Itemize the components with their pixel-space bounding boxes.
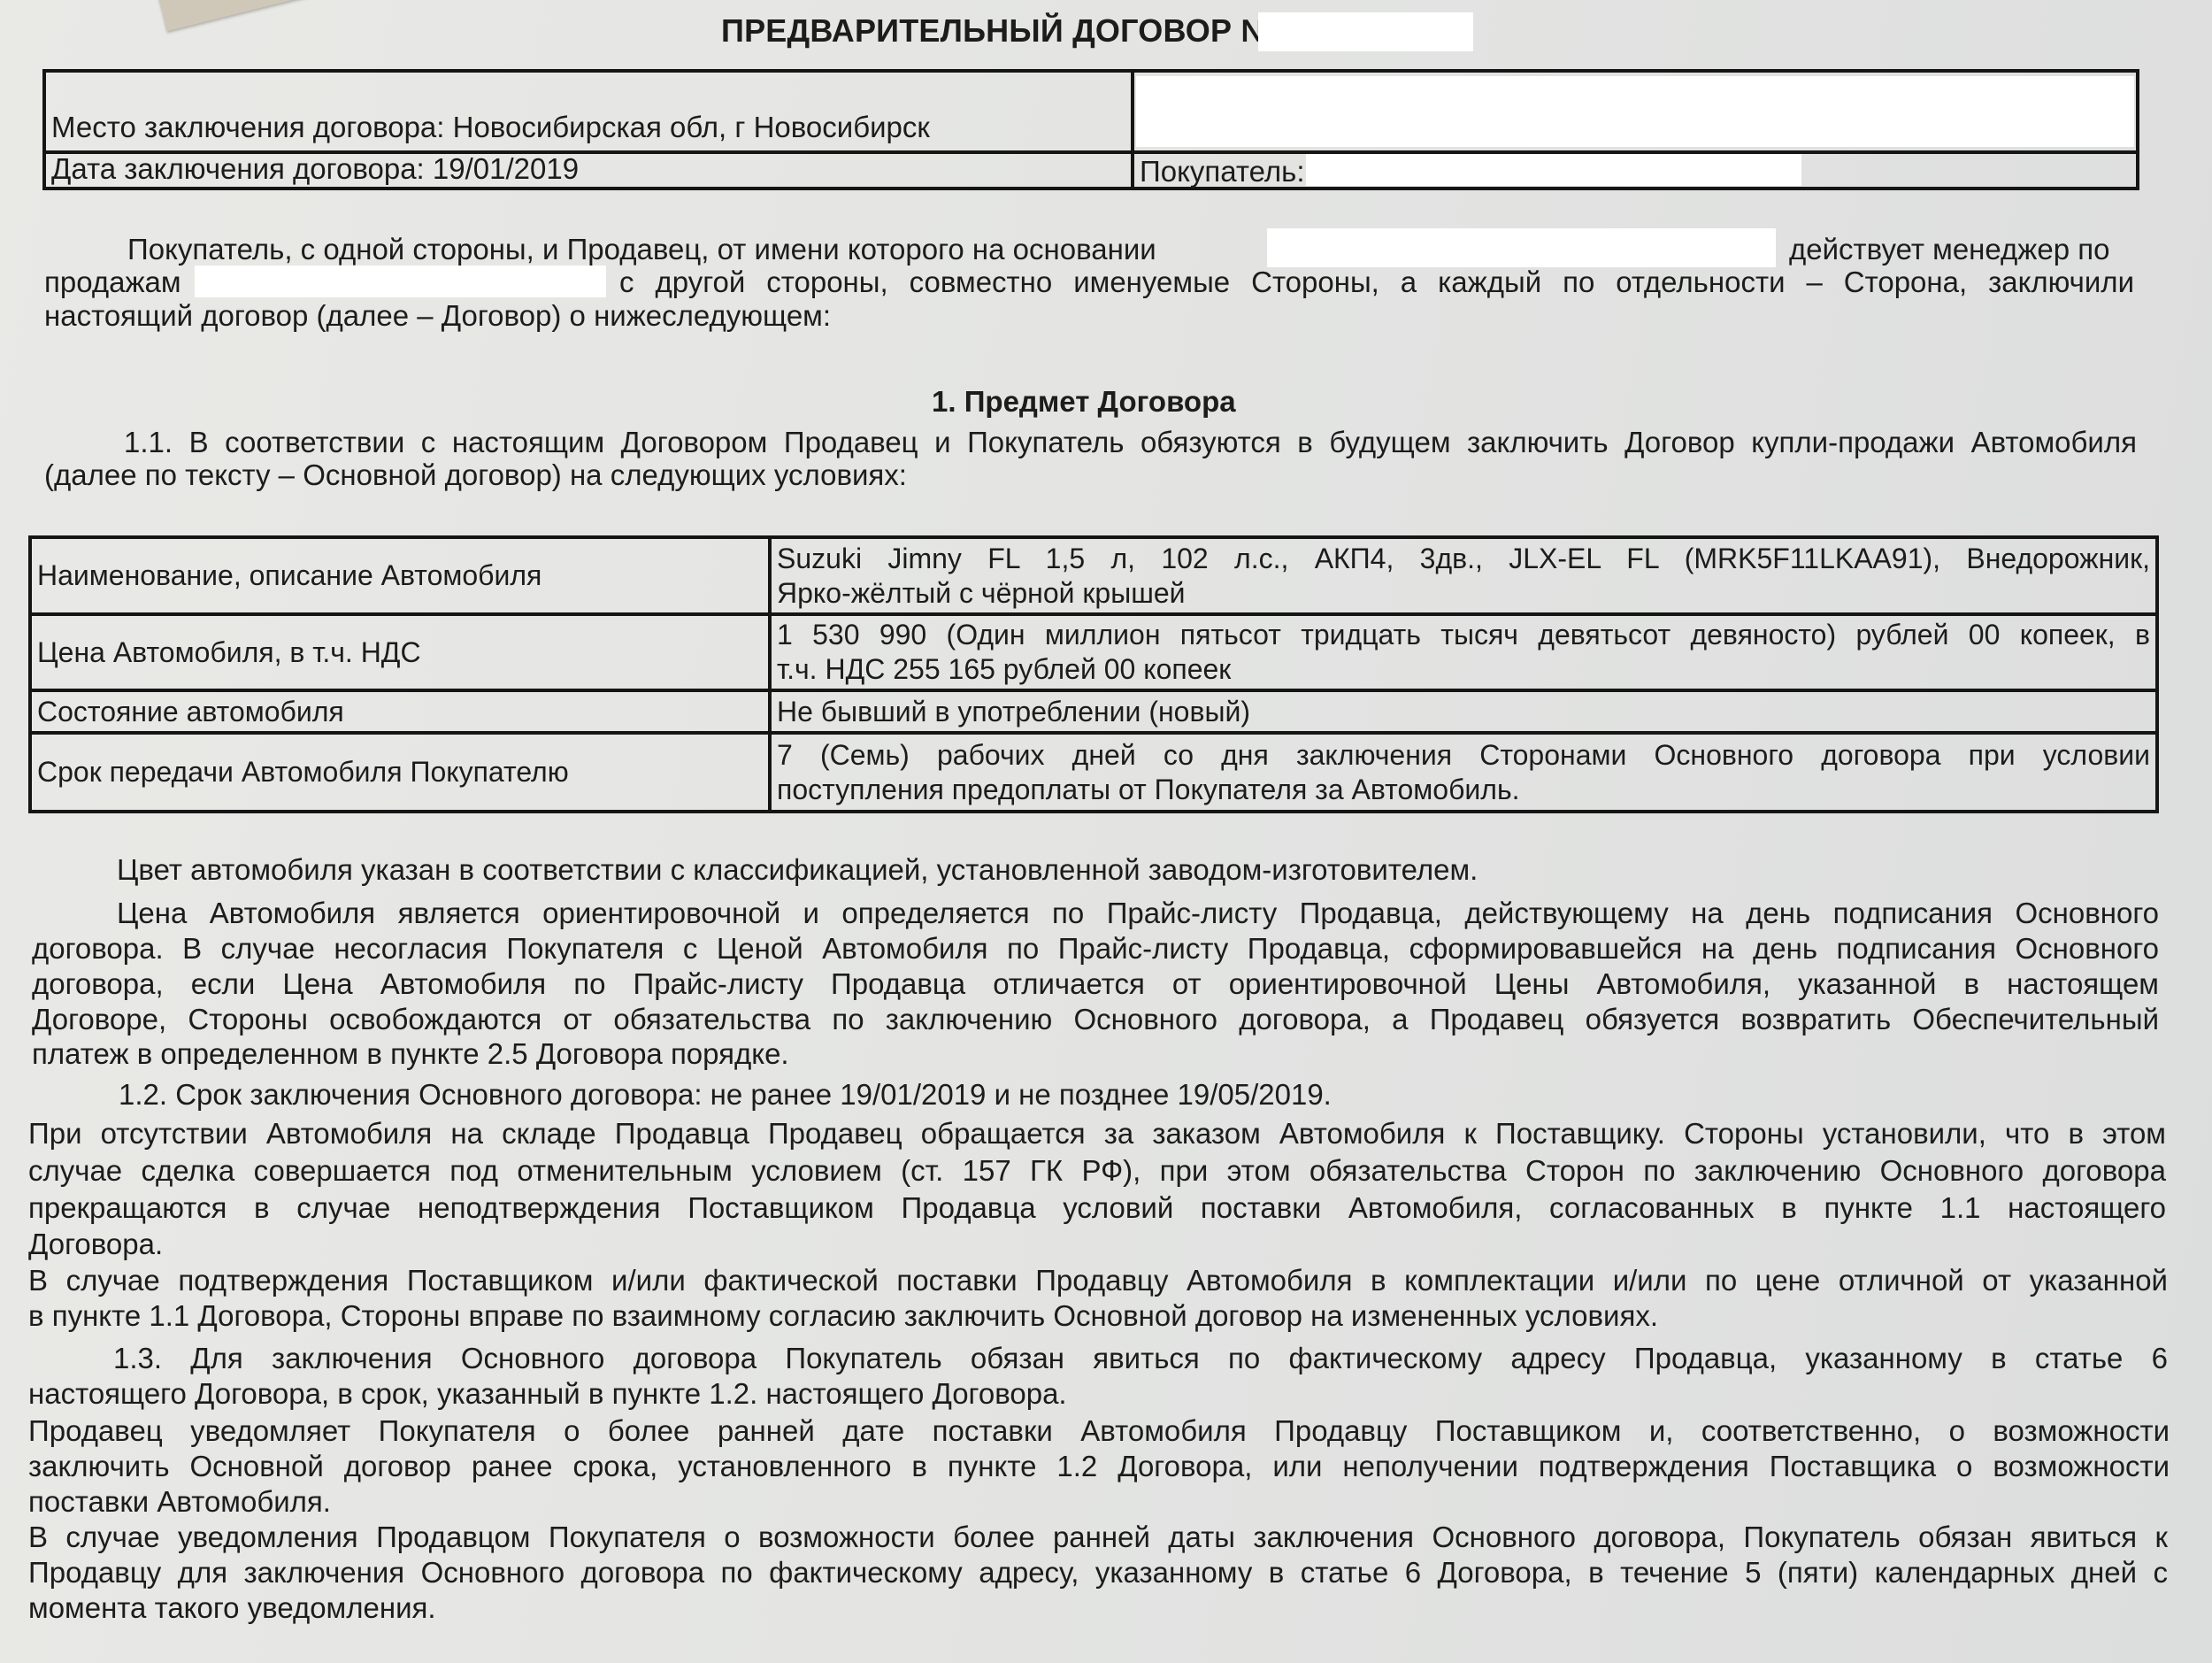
intro-line-2a: продажам bbox=[44, 265, 181, 300]
paper-corner-object bbox=[133, 0, 648, 31]
clause-1-2-absence-line-4: Договора. bbox=[28, 1227, 163, 1262]
table-row: Состояние автомобиля Не бывший в употреб… bbox=[30, 690, 2157, 733]
car-name-value-line-1: Suzuki Jimny FL 1,5 л, 102 л.с., АКП4, 3… bbox=[777, 542, 2150, 576]
clause-1-2-absence-line-3: прекращаются в случае неподтверждения По… bbox=[28, 1190, 2166, 1226]
intro-line-2b: с другой стороны, совместно именуемые Ст… bbox=[619, 265, 2134, 300]
car-name-value: Suzuki Jimny FL 1,5 л, 102 л.с., АКП4, 3… bbox=[770, 537, 2157, 614]
clause-1-3-line-1: 1.3. Для заключения Основного договора П… bbox=[113, 1341, 2168, 1376]
document-title: ПРЕДВАРИТЕЛЬНЫЙ ДОГОВОР № bbox=[721, 12, 1277, 50]
clause-1-3-notify-line-2: заключить Основной договор ранее срока, … bbox=[28, 1449, 2170, 1484]
price-note-line-2: договора. В случае несогласия Покупателя… bbox=[32, 931, 2159, 966]
car-condition-value: Не бывший в употреблении (новый) bbox=[770, 690, 2157, 733]
buyer-label: Покупатель: bbox=[1140, 154, 1305, 189]
header-column-divider bbox=[1131, 73, 1134, 187]
date-of-contract: Дата заключения договора: 19/01/2019 bbox=[51, 151, 579, 187]
clause-1-3-notify-line-1: Продавец уведомляет Покупателя о более р… bbox=[28, 1413, 2170, 1449]
delivery-term-value-line-2: поступления предоплаты от Покупателя за … bbox=[777, 773, 2150, 807]
price-note-line-4: Договоре, Стороны освобождаются от обяза… bbox=[32, 1002, 2159, 1037]
section-1-heading: 1. Предмет Договора bbox=[932, 384, 1236, 420]
car-price-value-line-2: т.ч. НДС 255 165 рублей 00 копеек bbox=[777, 652, 2150, 687]
intro-line-1a: Покупатель, с одной стороны, и Продавец,… bbox=[127, 232, 1156, 267]
delivery-term-label: Срок передачи Автомобиля Покупателю bbox=[30, 733, 770, 812]
clause-1-2-confirm-line-1: В случае подтверждения Поставщиком и/или… bbox=[28, 1263, 2168, 1298]
color-note: Цвет автомобиля указан в соответствии с … bbox=[117, 852, 1478, 888]
car-terms-table: Наименование, описание Автомобиля Suzuki… bbox=[28, 535, 2159, 813]
car-name-label: Наименование, описание Автомобиля bbox=[30, 537, 770, 614]
price-note-line-1: Цена Автомобиля является ориентировочной… bbox=[117, 896, 2159, 931]
clause-1-3-early-line-1: В случае уведомления Продавцом Покупател… bbox=[28, 1520, 2168, 1555]
clause-1-3-early-line-2: Продавцу для заключения Основного догово… bbox=[28, 1555, 2168, 1590]
table-row: Срок передачи Автомобиля Покупателю 7 (С… bbox=[30, 733, 2157, 812]
clause-1-2-confirm-line-2: в пункте 1.1 Договора, Стороны вправе по… bbox=[28, 1298, 1658, 1334]
car-price-label: Цена Автомобиля, в т.ч. НДС bbox=[30, 614, 770, 690]
car-condition-value-line-1: Не бывший в употреблении (новый) bbox=[777, 695, 2150, 729]
intro-line-3: настоящий договор (далее – Договор) о ни… bbox=[44, 298, 831, 334]
delivery-term-value: 7 (Семь) рабочих дней со дня заключения … bbox=[770, 733, 2157, 812]
clause-1-1-line-1: 1.1. В соответствии с настоящим Договоро… bbox=[124, 425, 2137, 460]
car-condition-label: Состояние автомобиля bbox=[30, 690, 770, 733]
car-price-value-line-1: 1 530 990 (Один миллион пятьсот тридцать… bbox=[777, 618, 2150, 652]
clause-1-2-absence-line-2: случае сделка совершается под отменитель… bbox=[28, 1153, 2166, 1189]
place-of-contract: Место заключения договора: Новосибирская… bbox=[51, 110, 930, 145]
table-row: Цена Автомобиля, в т.ч. НДС 1 530 990 (О… bbox=[30, 614, 2157, 690]
redacted-manager-name bbox=[195, 266, 606, 297]
redacted-authority-basis bbox=[1267, 228, 1776, 267]
redacted-buyer-name bbox=[1306, 154, 1801, 186]
clause-1-2: 1.2. Срок заключения Основного договора:… bbox=[119, 1077, 1332, 1113]
intro-line-1b: действует менеджер по bbox=[1789, 232, 2109, 267]
price-note-line-5: платеж в определенном в пункте 2.5 Догов… bbox=[32, 1036, 789, 1072]
redacted-contract-number bbox=[1258, 12, 1473, 51]
redacted-seller-info bbox=[1136, 76, 2134, 147]
clause-1-1-line-2: (далее по тексту – Основной договор) на … bbox=[44, 458, 907, 493]
car-name-value-line-2: Ярко-жёлтый с чёрной крышей bbox=[777, 576, 2150, 611]
header-table: Место заключения договора: Новосибирская… bbox=[42, 69, 2139, 190]
clause-1-3-line-2: настоящего Договора, в срок, указанный в… bbox=[28, 1376, 1067, 1412]
clause-1-3-early-line-3: момента такого уведомления. bbox=[28, 1590, 436, 1626]
clause-1-2-absence-line-1: При отсутствии Автомобиля на складе Прод… bbox=[28, 1116, 2166, 1151]
car-price-value: 1 530 990 (Один миллион пятьсот тридцать… bbox=[770, 614, 2157, 690]
clause-1-3-notify-line-3: поставки Автомобиля. bbox=[28, 1484, 331, 1520]
delivery-term-value-line-1: 7 (Семь) рабочих дней со дня заключения … bbox=[777, 738, 2150, 773]
price-note-line-3: договора, если Цена Автомобиля по Прайс-… bbox=[32, 966, 2159, 1002]
table-row: Наименование, описание Автомобиля Suzuki… bbox=[30, 537, 2157, 614]
